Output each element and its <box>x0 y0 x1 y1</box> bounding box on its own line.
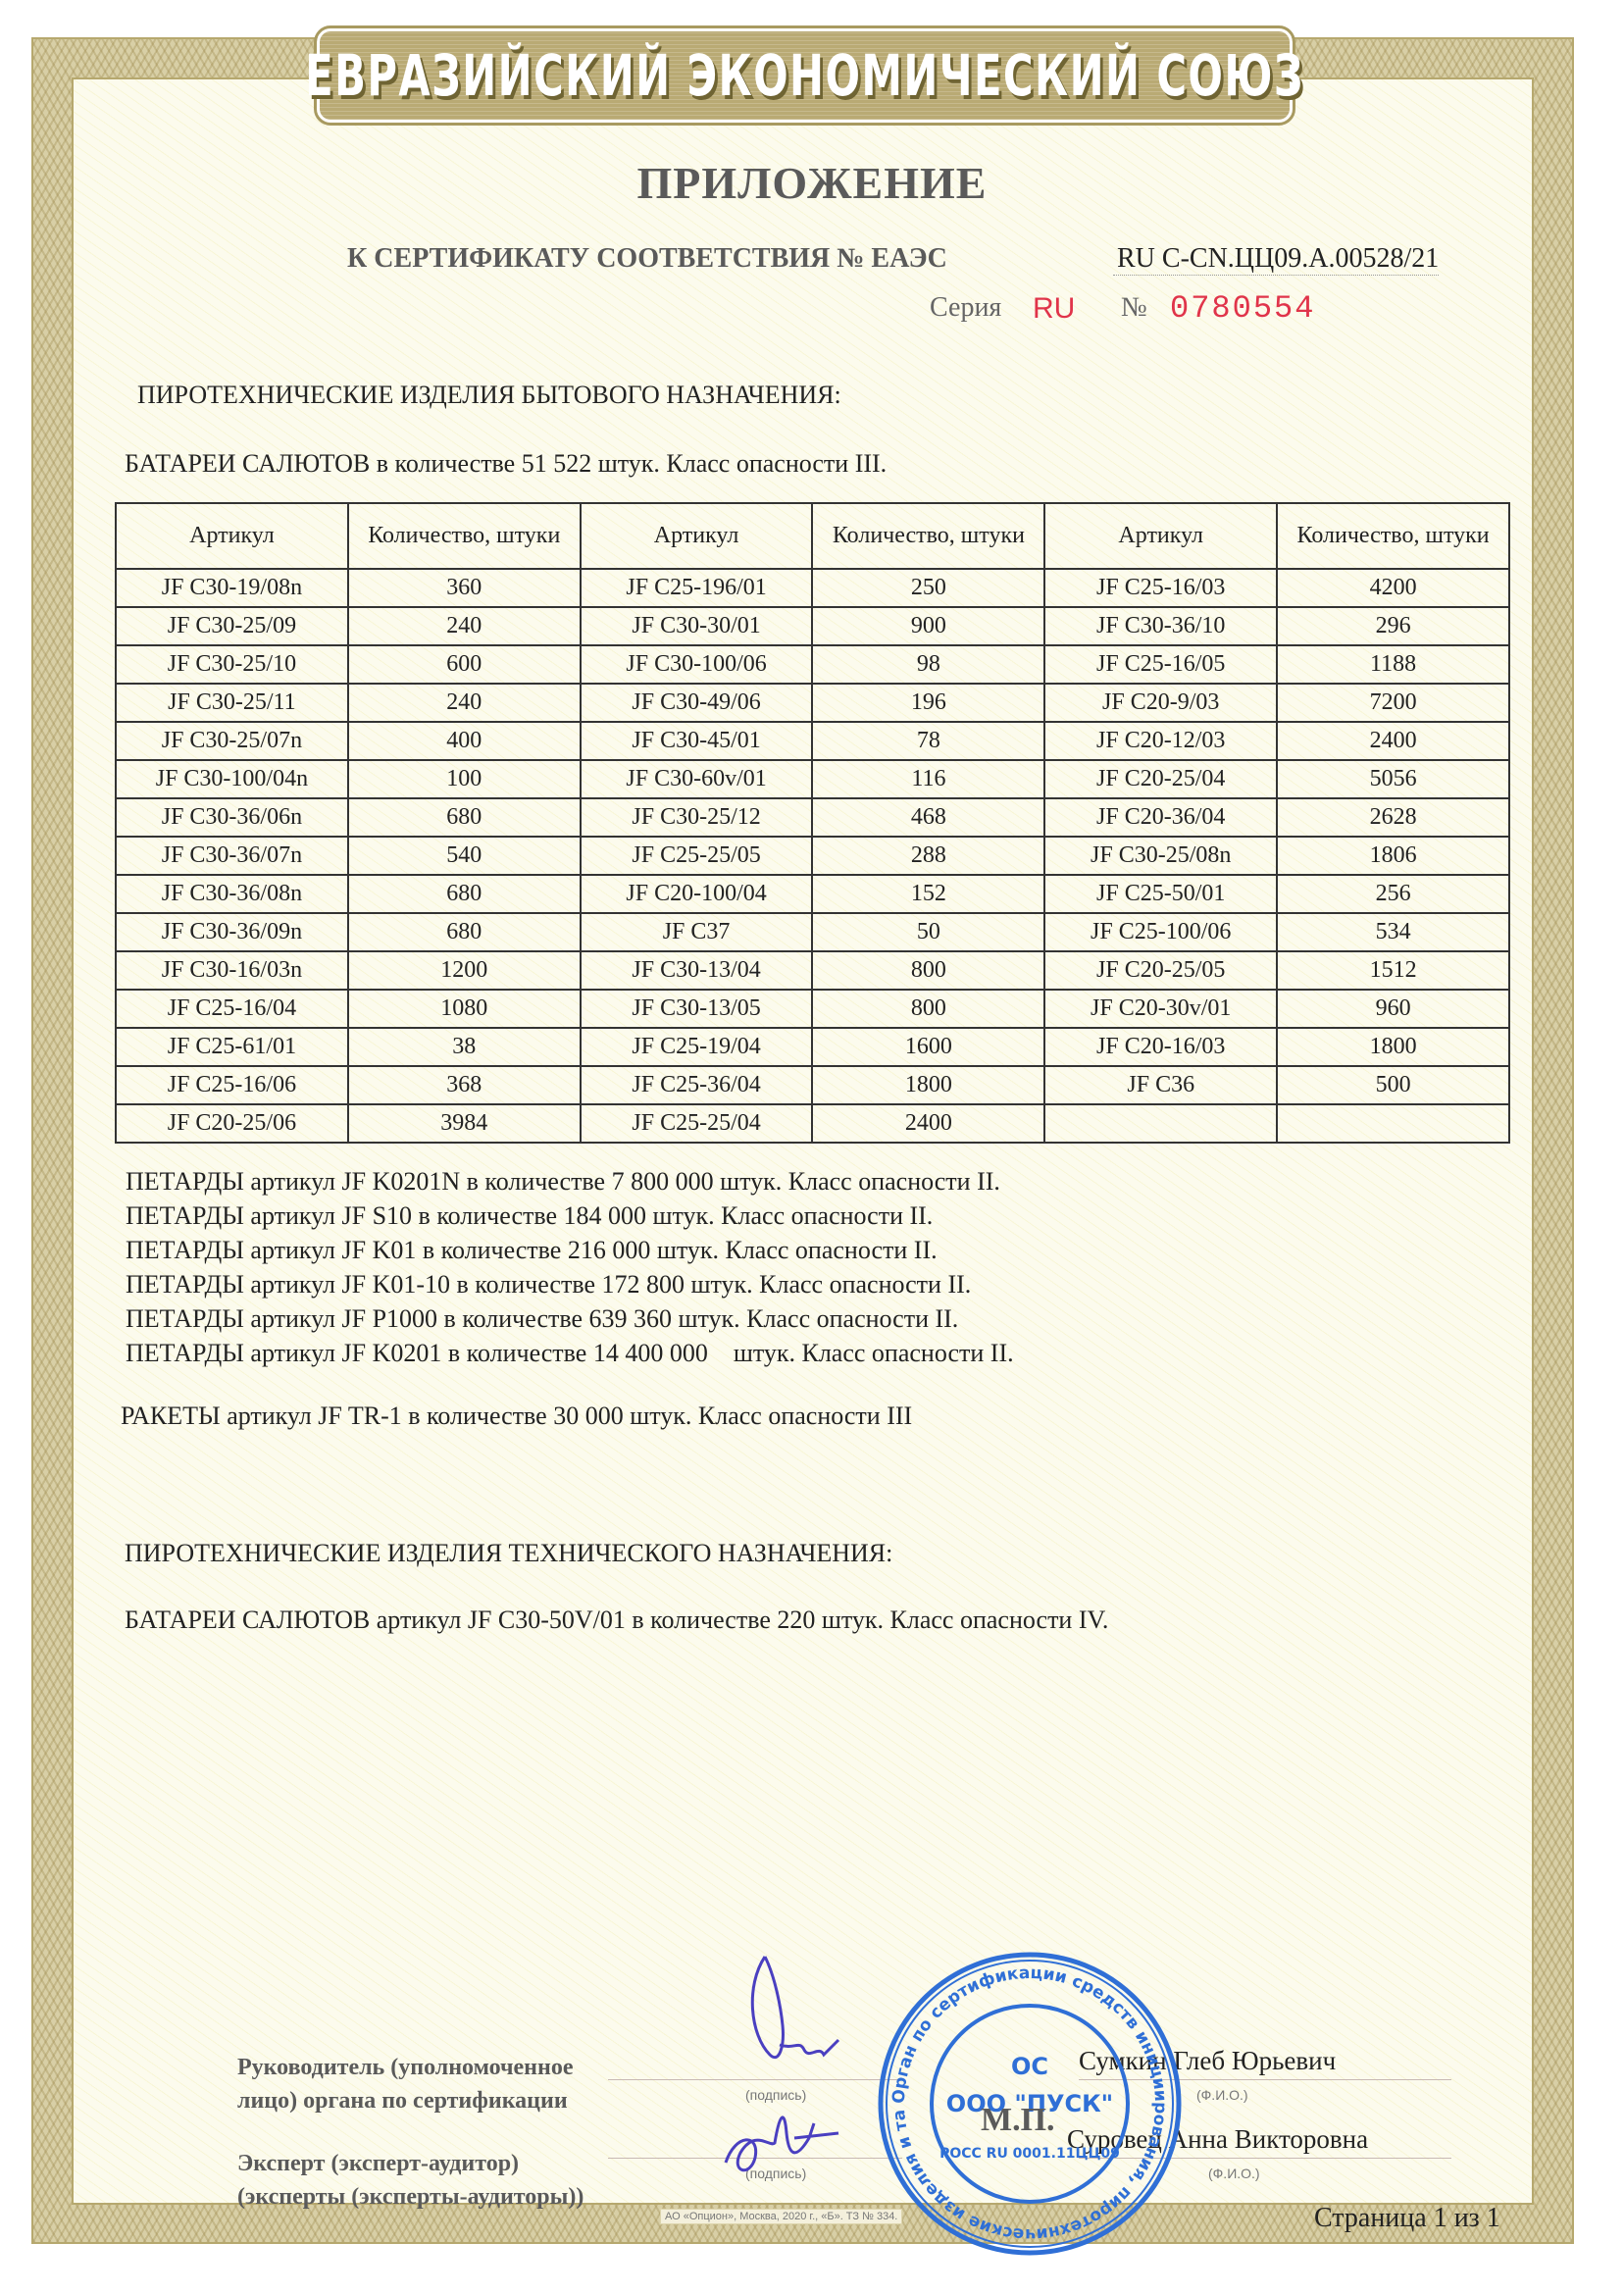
quantity-cell: 1188 <box>1277 645 1509 684</box>
article-cell: JF C30-25/10 <box>116 645 348 684</box>
petard-line: ПЕТАРДЫ артикул JF P1000 в количестве 63… <box>126 1304 958 1334</box>
quantity-cell: 288 <box>812 837 1044 875</box>
head-name-line <box>1079 2079 1451 2080</box>
quantity-cell <box>1277 1104 1509 1143</box>
quantity-cell: 256 <box>1277 875 1509 913</box>
table-row: JF C30-36/07n540JF C25-25/05288JF C30-25… <box>116 837 1509 875</box>
quantity-cell: 2628 <box>1277 798 1509 837</box>
article-cell: JF C37 <box>581 913 813 951</box>
article-cell: JF C20-12/03 <box>1044 722 1277 760</box>
quantity-cell: 680 <box>348 798 581 837</box>
petard-line: ПЕТАРДЫ артикул JF K01 в количестве 216 … <box>126 1236 938 1265</box>
quantity-cell: 540 <box>348 837 581 875</box>
technical-heading: ПИРОТЕХНИЧЕСКИЕ ИЗДЕЛИЯ ТЕХНИЧЕСКОГО НАЗ… <box>125 1539 892 1568</box>
series-value: RU <box>1033 292 1075 326</box>
article-cell: JF C30-16/03n <box>116 951 348 990</box>
article-cell: JF C30-36/08n <box>116 875 348 913</box>
quantity-cell: 1800 <box>812 1066 1044 1104</box>
article-cell: JF C30-19/08n <box>116 569 348 607</box>
article-cell: JF C20-25/05 <box>1044 951 1277 990</box>
article-cell: JF C30-100/06 <box>581 645 813 684</box>
article-cell: JF C30-30/01 <box>581 607 813 645</box>
quantity-cell: 800 <box>812 951 1044 990</box>
quantity-cell: 360 <box>348 569 581 607</box>
quantity-cell: 296 <box>1277 607 1509 645</box>
union-banner: ЕВРАЗИЙСКИЙ ЭКОНОМИЧЕСКИЙ СОЮЗ <box>317 28 1293 123</box>
expert-label-line2: (эксперты (эксперты-аудиторы)) <box>237 2181 584 2213</box>
quantity-cell: 78 <box>812 722 1044 760</box>
petard-line: ПЕТАРДЫ артикул JF K0201N в количестве 7… <box>126 1167 1000 1197</box>
article-cell: JF C30-13/04 <box>581 951 813 990</box>
expert-signature-caption: (подпись) <box>745 2166 806 2181</box>
table-row: JF C30-36/06n680JF C30-25/12468JF C20-36… <box>116 798 1509 837</box>
series-label: Серия <box>930 292 1001 324</box>
article-cell: JF C30-25/07n <box>116 722 348 760</box>
head-label-line2: лицо) органа по сертификации <box>237 2085 568 2116</box>
article-cell: JF C25-100/06 <box>1044 913 1277 951</box>
items-table: АртикулКоличество, штукиАртикулКоличеств… <box>115 502 1510 1144</box>
quantity-cell: 240 <box>348 684 581 722</box>
table-row: JF C30-25/11240JF C30-49/06196JF C20-9/0… <box>116 684 1509 722</box>
quantity-cell: 2400 <box>1277 722 1509 760</box>
table-row: JF C30-25/10600JF C30-100/0698JF C25-16/… <box>116 645 1509 684</box>
expert-name-line <box>1079 2158 1451 2159</box>
quantity-cell: 152 <box>812 875 1044 913</box>
article-cell: JF C25-16/05 <box>1044 645 1277 684</box>
printer-imprint: АО «Опцион», Москва, 2020 г., «Б». ТЗ № … <box>660 2209 902 2224</box>
technical-batteries-line: БАТАРЕИ САЛЮТОВ артикул JF C30-50V/01 в … <box>125 1606 1108 1635</box>
petard-line: ПЕТАРДЫ артикул JF S10 в количестве 184 … <box>126 1201 933 1231</box>
quantity-cell: 960 <box>1277 990 1509 1028</box>
quantity-cell: 1080 <box>348 990 581 1028</box>
quantity-cell: 600 <box>348 645 581 684</box>
quantity-cell: 1800 <box>1277 1028 1509 1066</box>
quantity-cell: 900 <box>812 607 1044 645</box>
quantity-cell: 4200 <box>1277 569 1509 607</box>
article-cell: JF C30-25/12 <box>581 798 813 837</box>
table-row: JF C30-25/09240JF C30-30/01900JF C30-36/… <box>116 607 1509 645</box>
quantity-cell: 368 <box>348 1066 581 1104</box>
petard-line: ПЕТАРДЫ артикул JF K01-10 в количестве 1… <box>126 1270 971 1300</box>
article-cell: JF C30-100/04n <box>116 760 348 798</box>
head-name: Сумкин Глеб Юрьевич <box>1079 2046 1336 2076</box>
table-row: JF C30-25/07n400JF C30-45/0178JF C20-12/… <box>116 722 1509 760</box>
quantity-cell: 680 <box>348 913 581 951</box>
quantity-cell: 50 <box>812 913 1044 951</box>
head-label-line1: Руководитель (уполномоченное <box>237 2052 574 2083</box>
quantity-cell: 196 <box>812 684 1044 722</box>
article-cell: JF C30-45/01 <box>581 722 813 760</box>
quantity-cell: 500 <box>1277 1066 1509 1104</box>
head-signature-caption: (подпись) <box>745 2087 806 2103</box>
quantity-cell: 534 <box>1277 913 1509 951</box>
certificate-number: RU C-CN.ЦЦ09.А.00528/21 <box>1113 243 1439 276</box>
quantity-cell: 98 <box>812 645 1044 684</box>
article-cell: JF C25-61/01 <box>116 1028 348 1066</box>
column-header-article: Артикул <box>1044 503 1277 569</box>
column-header-quantity: Количество, штуки <box>1277 503 1509 569</box>
article-cell: JF C30-25/09 <box>116 607 348 645</box>
blank-number: 0780554 <box>1170 290 1315 327</box>
article-cell <box>1044 1104 1277 1143</box>
article-cell: JF C20-25/04 <box>1044 760 1277 798</box>
table-row: JF C25-16/041080JF C30-13/05800JF C20-30… <box>116 990 1509 1028</box>
table-header-row: АртикулКоличество, штукиАртикулКоличеств… <box>116 503 1509 569</box>
article-cell: JF C25-25/04 <box>581 1104 813 1143</box>
head-name-caption: (Ф.И.О.) <box>1196 2087 1248 2103</box>
page-title: ПРИЛОЖЕНИЕ <box>0 157 1624 209</box>
rockets-line: РАКЕТЫ артикул JF TR-1 в количестве 30 0… <box>121 1402 912 1431</box>
article-cell: JF C30-49/06 <box>581 684 813 722</box>
article-cell: JF C25-25/05 <box>581 837 813 875</box>
table-row: JF C25-61/0138JF C25-19/041600JF C20-16/… <box>116 1028 1509 1066</box>
article-cell: JF C30-36/06n <box>116 798 348 837</box>
table-row: JF C30-19/08n360JF C25-196/01250JF C25-1… <box>116 569 1509 607</box>
expert-name: Суровец Анна Викторовна <box>1067 2124 1368 2155</box>
table-row: JF C25-16/06368JF C25-36/041800JF C36500 <box>116 1066 1509 1104</box>
article-cell: JF C30-13/05 <box>581 990 813 1028</box>
table-row: JF C30-16/03n1200JF C30-13/04800JF C20-2… <box>116 951 1509 990</box>
table-row: JF C20-25/063984JF C25-25/042400 <box>116 1104 1509 1143</box>
article-cell: JF C20-9/03 <box>1044 684 1277 722</box>
article-cell: JF C25-16/04 <box>116 990 348 1028</box>
quantity-cell: 100 <box>348 760 581 798</box>
quantity-cell: 240 <box>348 607 581 645</box>
quantity-cell: 5056 <box>1277 760 1509 798</box>
quantity-cell: 3984 <box>348 1104 581 1143</box>
column-header-quantity: Количество, штуки <box>348 503 581 569</box>
head-signature-line <box>608 2079 902 2080</box>
page-number: Страница 1 из 1 <box>1314 2203 1500 2234</box>
article-cell: JF C30-36/10 <box>1044 607 1277 645</box>
article-cell: JF C25-16/06 <box>116 1066 348 1104</box>
certificate-prefix: К СЕРТИФИКАТУ СООТВЕТСТВИЯ № ЕАЭС <box>347 243 947 275</box>
article-cell: JF C30-25/11 <box>116 684 348 722</box>
petard-line: ПЕТАРДЫ артикул JF K0201 в количестве 14… <box>126 1339 1014 1368</box>
expert-name-caption: (Ф.И.О.) <box>1208 2166 1260 2181</box>
quantity-cell: 400 <box>348 722 581 760</box>
article-cell: JF C25-36/04 <box>581 1066 813 1104</box>
expert-label-line1: Эксперт (эксперт-аудитор) <box>237 2148 519 2179</box>
table-row: JF C30-36/08n680JF C20-100/04152JF C25-5… <box>116 875 1509 913</box>
table-row: JF C30-100/04n100JF C30-60v/01116JF C20-… <box>116 760 1509 798</box>
article-cell: JF C25-50/01 <box>1044 875 1277 913</box>
quantity-cell: 38 <box>348 1028 581 1066</box>
quantity-cell: 1806 <box>1277 837 1509 875</box>
article-cell: JF C25-16/03 <box>1044 569 1277 607</box>
quantity-cell: 680 <box>348 875 581 913</box>
article-cell: JF C30-36/09n <box>116 913 348 951</box>
article-cell: JF C20-16/03 <box>1044 1028 1277 1066</box>
union-title: ЕВРАЗИЙСКИЙ ЭКОНОМИЧЕСКИЙ СОЮЗ <box>305 42 1304 109</box>
quantity-cell: 800 <box>812 990 1044 1028</box>
quantity-cell: 7200 <box>1277 684 1509 722</box>
seal-placeholder-label: М.П. <box>981 2102 1055 2139</box>
batteries-summary: БАТАРЕИ САЛЮТОВ в количестве 51 522 штук… <box>125 449 887 479</box>
quantity-cell: 1200 <box>348 951 581 990</box>
quantity-cell: 1512 <box>1277 951 1509 990</box>
quantity-cell: 1600 <box>812 1028 1044 1066</box>
quantity-cell: 468 <box>812 798 1044 837</box>
quantity-cell: 116 <box>812 760 1044 798</box>
household-heading: ПИРОТЕХНИЧЕСКИЕ ИЗДЕЛИЯ БЫТОВОГО НАЗНАЧЕ… <box>137 381 841 410</box>
article-cell: JF C20-36/04 <box>1044 798 1277 837</box>
quantity-cell: 2400 <box>812 1104 1044 1143</box>
quantity-cell: 250 <box>812 569 1044 607</box>
column-header-quantity: Количество, штуки <box>812 503 1044 569</box>
article-cell: JF C30-25/08n <box>1044 837 1277 875</box>
article-cell: JF C25-196/01 <box>581 569 813 607</box>
column-header-article: Артикул <box>581 503 813 569</box>
article-cell: JF C20-25/06 <box>116 1104 348 1143</box>
expert-signature-line <box>608 2158 902 2159</box>
article-cell: JF C20-100/04 <box>581 875 813 913</box>
number-label: № <box>1121 292 1147 324</box>
article-cell: JF C36 <box>1044 1066 1277 1104</box>
table-row: JF C30-36/09n680JF C3750JF C25-100/06534 <box>116 913 1509 951</box>
article-cell: JF C30-60v/01 <box>581 760 813 798</box>
article-cell: JF C30-36/07n <box>116 837 348 875</box>
column-header-article: Артикул <box>116 503 348 569</box>
article-cell: JF C25-19/04 <box>581 1028 813 1066</box>
article-cell: JF C20-30v/01 <box>1044 990 1277 1028</box>
